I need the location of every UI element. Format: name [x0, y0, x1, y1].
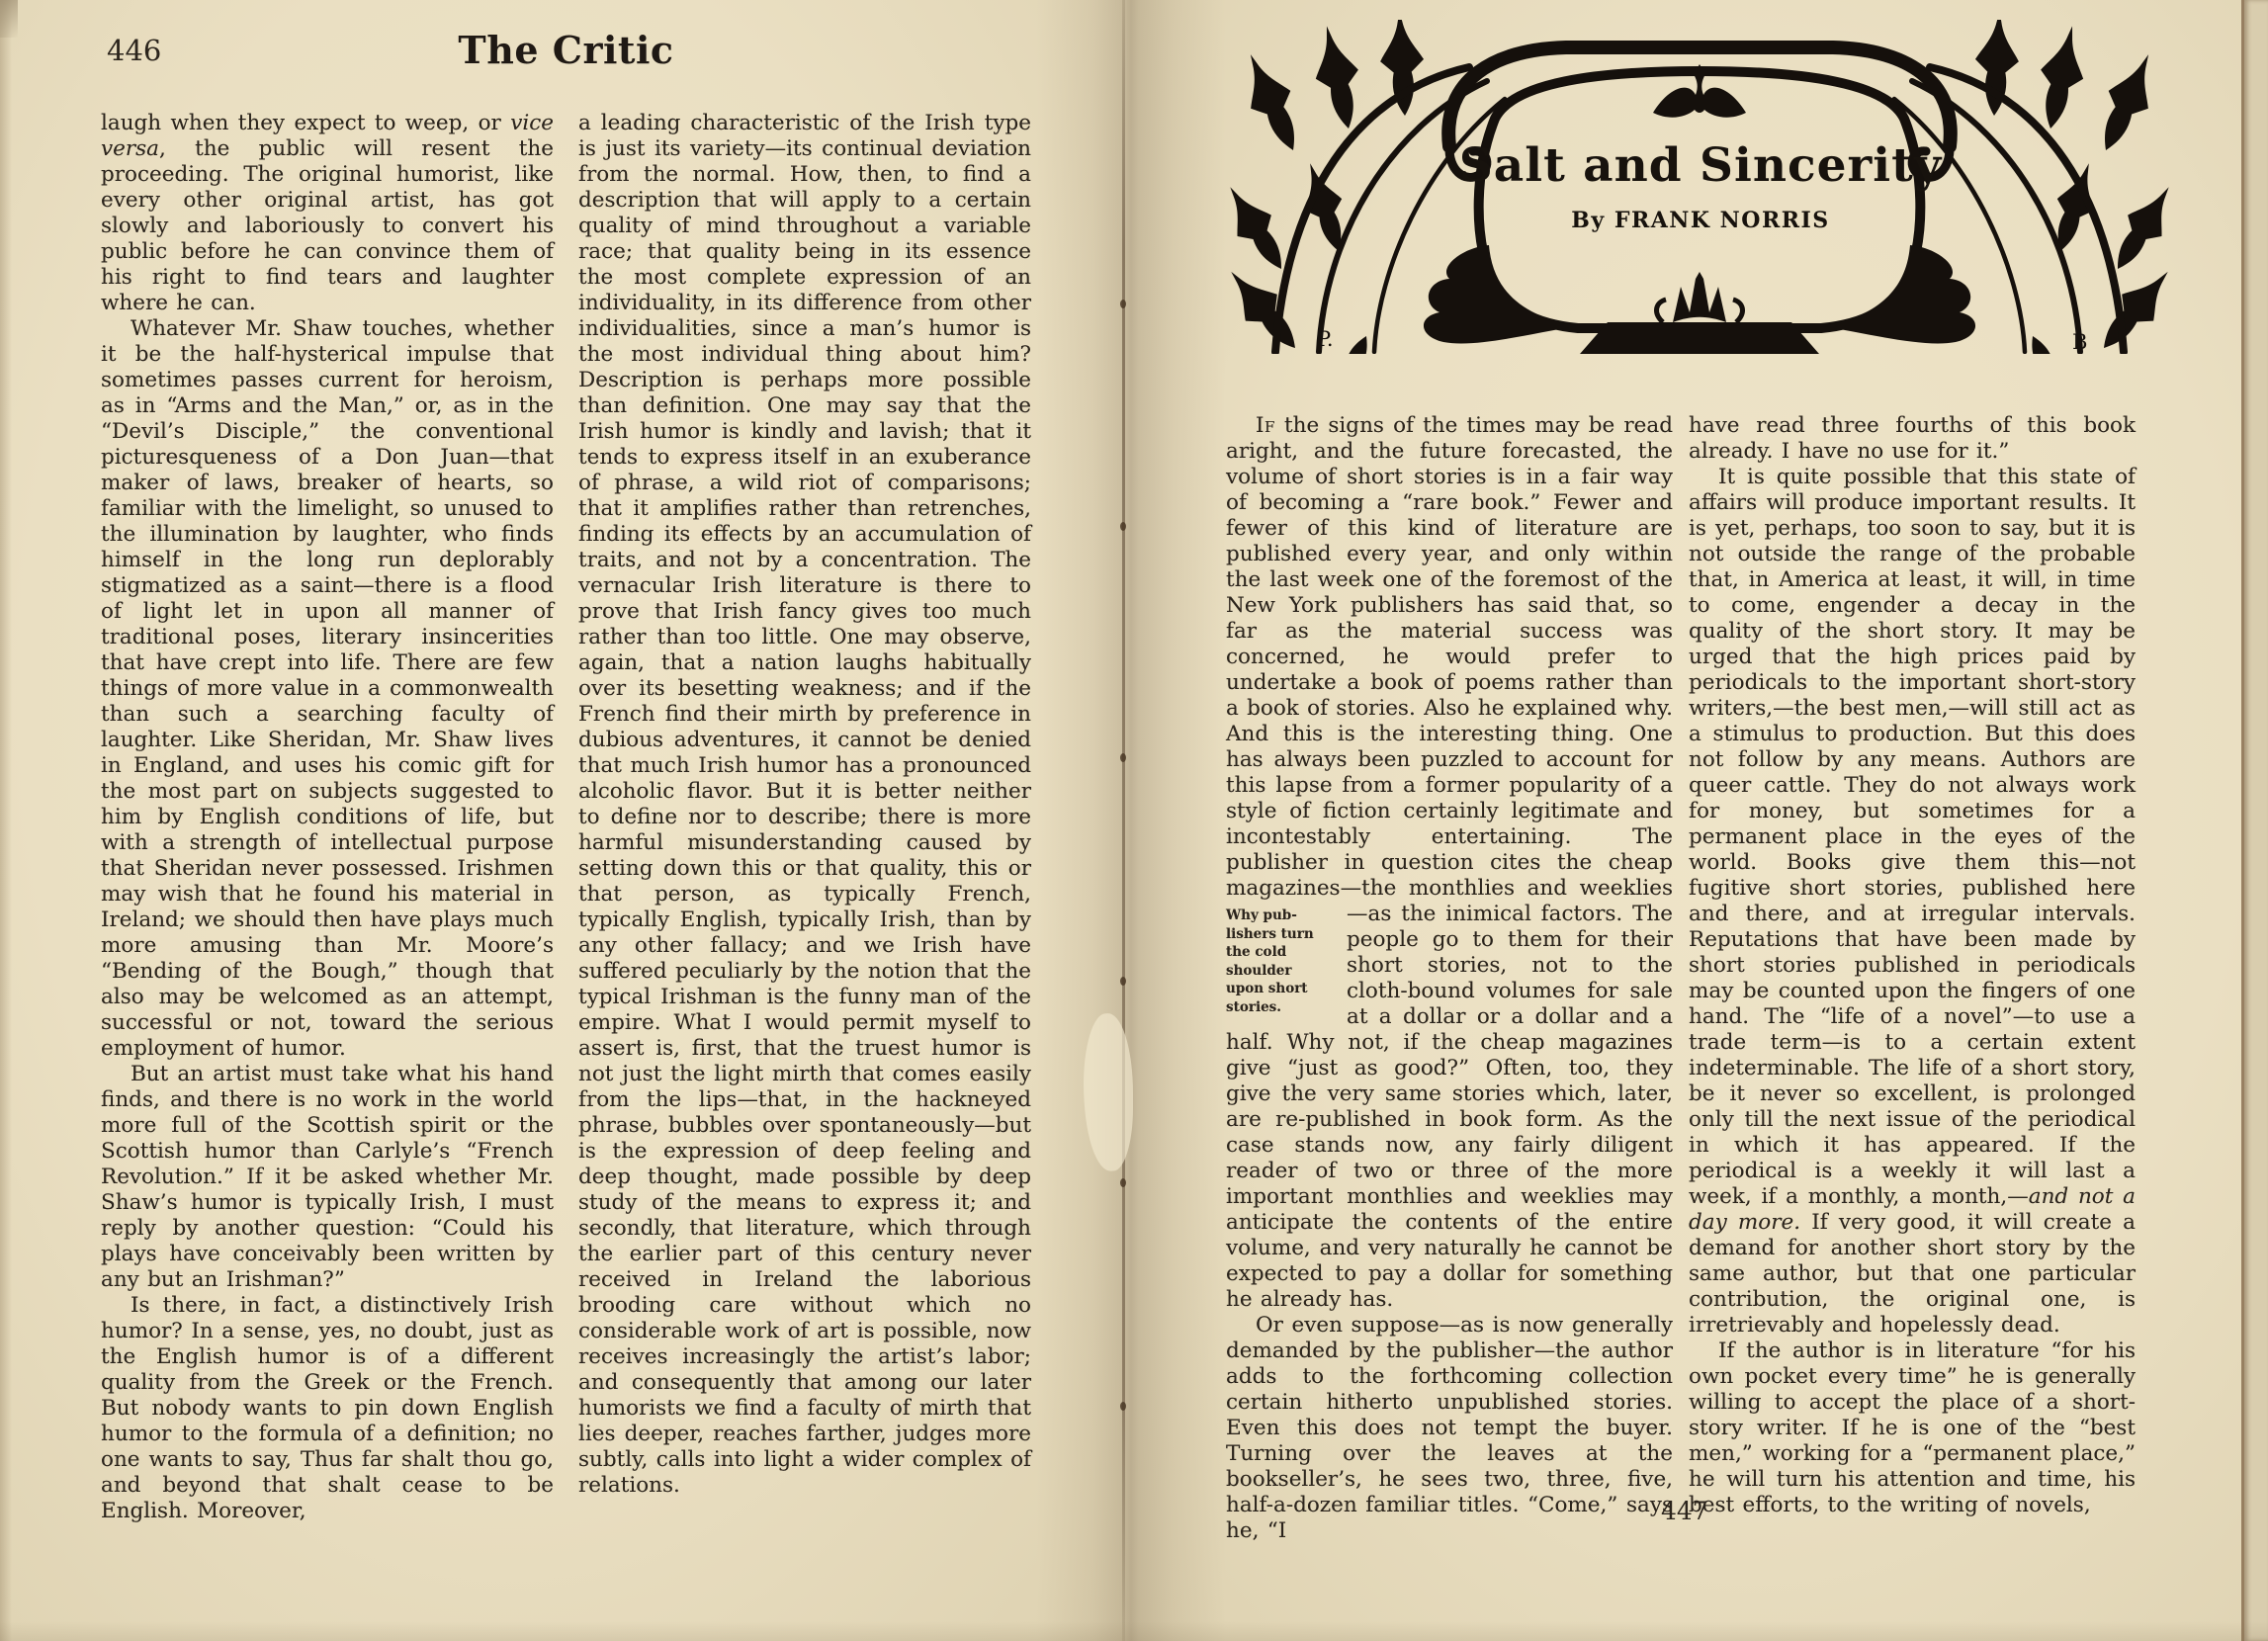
binding-crease	[1122, 0, 1125, 1641]
paragraph: laugh when they expect to weep, or vice …	[101, 111, 554, 316]
paragraph: Or even suppose—as is now generally dema…	[1226, 1313, 1673, 1544]
text-run: , the public will resent the proceeding.…	[101, 136, 554, 315]
text-run: Or even suppose—as is now generally dema…	[1226, 1313, 1673, 1543]
text-run: laugh when they expect to weep, or	[101, 111, 510, 135]
binding-stitch	[1120, 1178, 1126, 1187]
binding-stitch	[1120, 1402, 1126, 1411]
paragraph: Whatever Mr. Shaw touches, whether it be…	[101, 316, 554, 1062]
paragraph: a leading characteristic of the Irish ty…	[578, 111, 1031, 1499]
paragraph: But an artist must take what his hand fi…	[101, 1062, 554, 1293]
scan-bottom-shadow	[0, 1621, 2268, 1641]
text-run: It is quite possible that this state of …	[1689, 465, 2136, 1209]
left-page-column-1: laugh when they expect to weep, or vice …	[101, 111, 554, 1524]
text-run: the signs of the times may be read arigh…	[1226, 413, 1673, 926]
text-run: Is there, in fact, a distinctively Irish…	[101, 1293, 554, 1523]
binding-stitch	[1120, 522, 1126, 531]
binding-stitch	[1120, 977, 1126, 986]
binding-stitch	[1120, 300, 1126, 308]
ornament-initial-right: B	[2072, 330, 2087, 354]
text-run: have read three fourths of this book alr…	[1689, 413, 2136, 464]
scan-left-edge	[0, 0, 12, 1641]
paragraph: It is quite possible that this state of …	[1689, 465, 2136, 1339]
article-byline: By FRANK NORRIS	[1349, 208, 2052, 233]
binding-stitch	[1120, 753, 1126, 762]
scan-corner-notch	[0, 0, 18, 38]
margin-note: Why pub­lishers turn the cold shoulder u…	[1226, 907, 1331, 1016]
page-number-right: 447	[1661, 1497, 1708, 1525]
right-page-column-1: If the signs of the times may be read ar…	[1226, 413, 1673, 1544]
paragraph: If the signs of the times may be read ar…	[1226, 413, 1673, 1313]
text-run: Whatever Mr. Shaw touches, whether it be…	[101, 316, 554, 1061]
text-run: But an artist must take what his hand fi…	[101, 1062, 554, 1292]
left-page-column-2: a leading characteristic of the Irish ty…	[578, 111, 1031, 1499]
page-stack-edge	[2244, 0, 2268, 1641]
right-page-column-2: have read three fourths of this book alr…	[1689, 413, 2136, 1518]
running-title: The Critic	[101, 28, 1031, 72]
ornament-initial-left: P.	[1317, 327, 1334, 351]
text-run: a leading characteristic of the Irish ty…	[578, 111, 1031, 1498]
ornament-bottom-motif	[1657, 272, 1743, 322]
paragraph: Is there, in fact, a distinctively Irish…	[101, 1293, 554, 1524]
text-run: If	[1256, 413, 1275, 438]
scanned-magazine-spread: { "left_page": { "page_number": "446", "…	[0, 0, 2268, 1641]
text-run: If the author is in literature “for his …	[1689, 1339, 2136, 1517]
binding-gutter-shadow	[1036, 0, 1226, 1641]
paragraph: have read three fourths of this book alr…	[1689, 413, 2136, 465]
article-title: Salt and Sincerity	[1349, 138, 2052, 193]
paragraph: If the author is in literature “for his …	[1689, 1339, 2136, 1518]
